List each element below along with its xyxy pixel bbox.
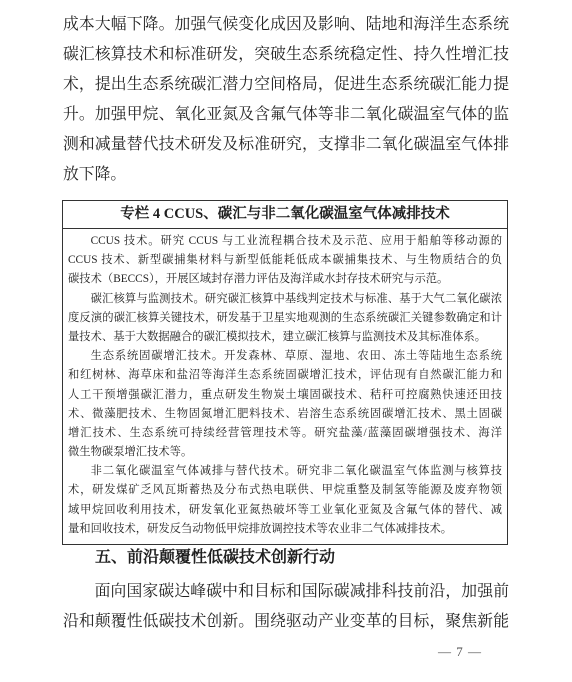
callout-line: CCUS 技术。研究 CCUS 与工业流程耦合技术及示范、应用于船舶等移动源的 — [68, 232, 502, 251]
callout-line: 增汇技术、生态系统可持续经营管理技术等。研究盐藻/蓝藻固碳增强技术、海洋 — [68, 424, 502, 443]
callout-line: 生态系统固碳增汇技术。开发森林、草原、湿地、农田、冻土等陆地生态系统 — [68, 347, 502, 366]
callout-line: 术，研发煤矿乏风瓦斯蓄热及分布式热电联供、甲烷重整及制氢等能源及废弃物领 — [68, 481, 502, 500]
callout-line: 碳汇核算与监测技术。研究碳汇核算中基线判定技术与标准、基于大气二氧化碳浓 — [68, 290, 502, 309]
intro-paragraph-line: 成本大幅下降。加强气候变化成因及影响、陆地和海洋生态系统 — [63, 10, 509, 40]
callout-line: 度反演的碳汇核算关键技术，研发基于卫星实地观测的生态系统碳汇关键参数确定和计 — [68, 309, 502, 328]
callout-line: 量和回收技术，研发反刍动物低甲烷排放调控技术等农业非二气体减排技术。 — [68, 520, 502, 539]
callout-line: 量技术、基于大数据融合的碳汇模拟技术，建立碳汇核算与监测技术及其标准体系。 — [68, 328, 502, 347]
closing-paragraph-line: 面向国家碳达峰碳中和目标和国际碳减排科技前沿，加强前 — [63, 577, 509, 607]
callout-line: CCUS 技术、新型碳捕集材料与新型低能耗低成本碳捕集技术、与生物质结合的负 — [68, 251, 502, 270]
intro-paragraph-line: 测和减量替代技术研发及标准研究，支撑非二氧化碳温室气体排 — [63, 130, 509, 160]
callout-box: 专栏 4 CCUS、碳汇与非二氧化碳温室气体减排技术 CCUS 技术。研究 CC… — [62, 200, 508, 545]
document-page: 成本大幅下降。加强气候变化成因及影响、陆地和海洋生态系统 碳汇核算技术和标准研发… — [0, 0, 572, 682]
intro-paragraph-line: 术，提出生态系统碳汇潜力空间格局，促进生态系统碳汇能力提 — [63, 70, 509, 100]
callout-line: 域甲烷回收利用技术，研发氧化亚氮热破坏等工业氧化亚氮及含氟气体的替代、减 — [68, 501, 502, 520]
callout-box-body: CCUS 技术。研究 CCUS 与工业流程耦合技术及示范、应用于船舶等移动源的 … — [63, 229, 507, 544]
page-number: — 7 — — [430, 644, 490, 660]
callout-line: 非二氧化碳温室气体减排与替代技术。研究非二氧化碳温室气体监测与核算技 — [68, 462, 502, 481]
intro-paragraph-line: 碳汇核算技术和标准研发，突破生态系统稳定性、持久性增汇技 — [63, 40, 509, 70]
closing-paragraph: 面向国家碳达峰碳中和目标和国际碳减排科技前沿，加强前 沿和颠覆性低碳技术创新。围… — [63, 577, 509, 637]
callout-line: 术、微藻肥技术、生物固氮增汇肥料技术、岩溶生态系统固碳增汇技术、黑土固碳 — [68, 405, 502, 424]
intro-paragraph-line: 放下降。 — [63, 160, 509, 190]
intro-paragraph-line: 升。加强甲烷、氧化亚氮及含氟气体等非二氧化碳温室气体的监 — [63, 100, 509, 130]
callout-line: 微生物碳泵增汇技术等。 — [68, 443, 502, 462]
callout-line: 碳技术（BECCS），开展区域封存潜力评估及海洋咸水封存技术研究与示范。 — [68, 270, 502, 289]
section-heading: 五、前沿颠覆性低碳技术创新行动 — [63, 547, 509, 569]
callout-line: 和红树林、海草床和盐沼等海洋生态系统固碳增汇技术，评估现有自然碳汇能力和 — [68, 366, 502, 385]
closing-paragraph-line: 沿和颠覆性低碳技术创新。围绕驱动产业变革的目标，聚焦新能 — [63, 607, 509, 637]
callout-line: 人工干预增强碳汇潜力，重点研发生物炭土壤固碳技术、秸秆可控腐熟快速还田技 — [68, 386, 502, 405]
callout-box-title: 专栏 4 CCUS、碳汇与非二氧化碳温室气体减排技术 — [63, 201, 507, 229]
intro-paragraph: 成本大幅下降。加强气候变化成因及影响、陆地和海洋生态系统 碳汇核算技术和标准研发… — [63, 10, 509, 190]
